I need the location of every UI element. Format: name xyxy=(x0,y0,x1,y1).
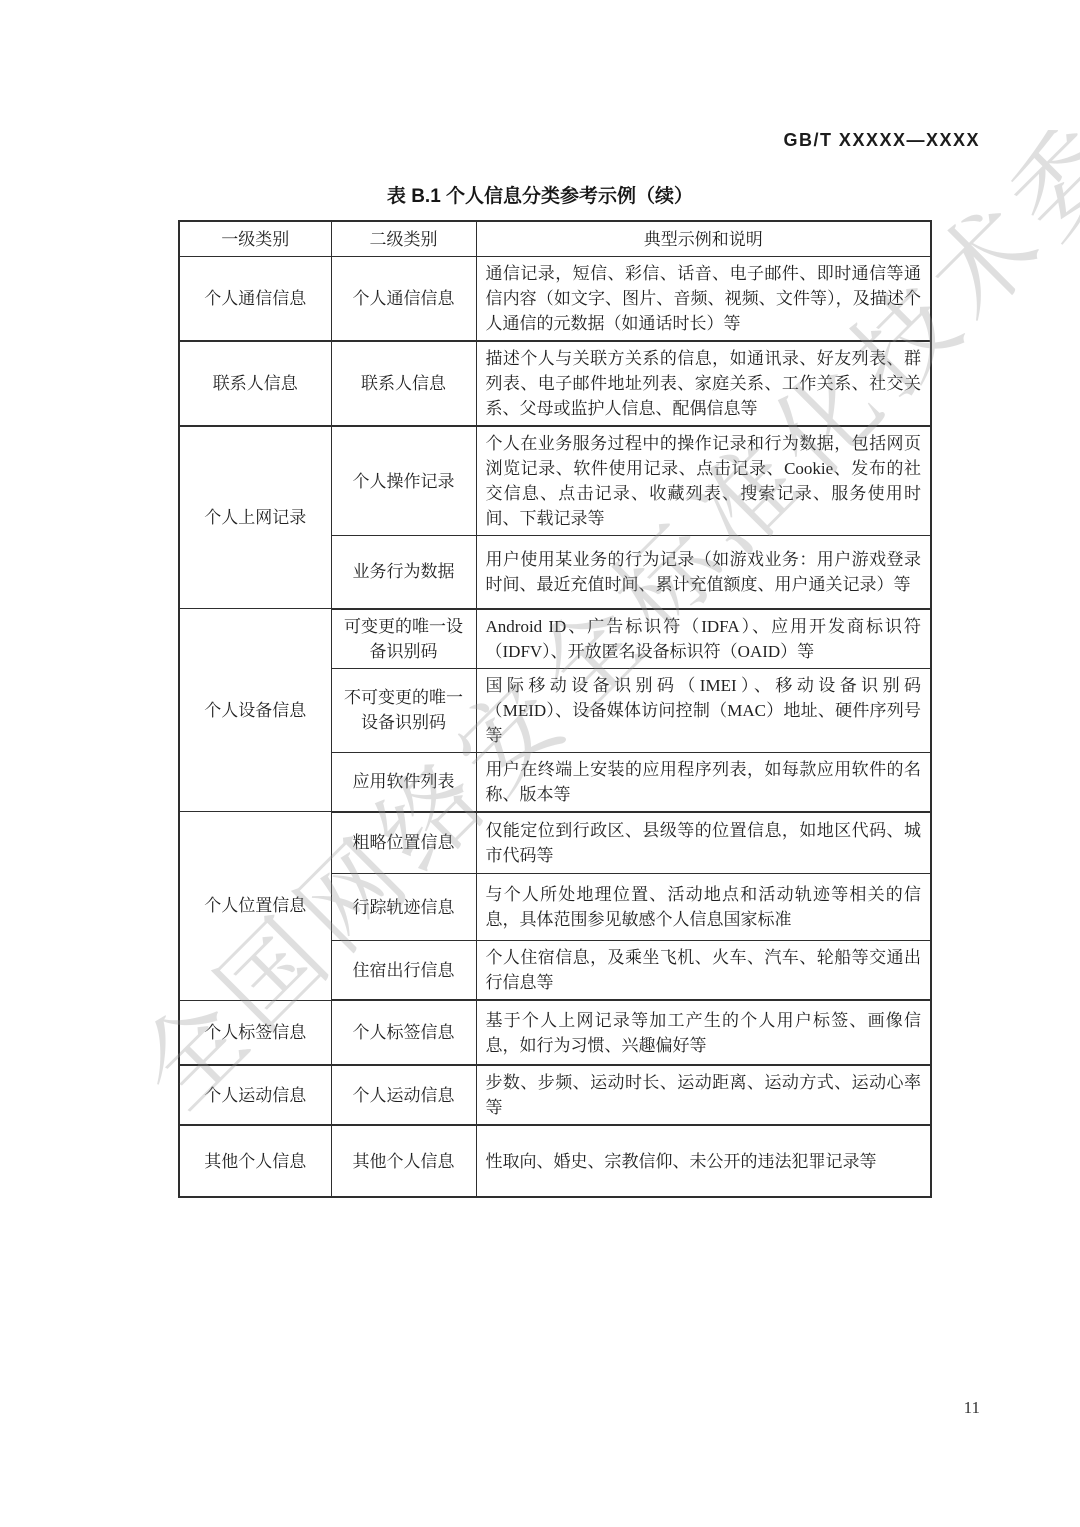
column-header-level2: 二级类别 xyxy=(331,221,476,257)
cell-desc: 仅能定位到行政区、县级等的位置信息，如地区代码、城市代码等 xyxy=(476,812,931,874)
table-row: 个人上网记录 个人操作记录 个人在业务服务过程中的操作记录和行为数据，包括网页浏… xyxy=(179,426,931,536)
cell-desc: 个人住宿信息，及乘坐飞机、火车、汽车、轮船等交通出行信息等 xyxy=(476,941,931,1001)
cell-desc: 个人在业务服务过程中的操作记录和行为数据，包括网页浏览记录、软件使用记录、点击记… xyxy=(476,426,931,536)
cell-level1: 个人运动信息 xyxy=(179,1065,331,1125)
standard-code: GB/T XXXXX—XXXX xyxy=(783,130,980,151)
cell-level2: 个人操作记录 xyxy=(331,426,476,536)
cell-level2: 业务行为数据 xyxy=(331,536,476,609)
cell-level1: 个人位置信息 xyxy=(179,812,331,1001)
cell-level2: 应用软件列表 xyxy=(331,752,476,812)
cell-desc: 用户使用某业务的行为记录（如游戏业务：用户游戏登录时间、最近充值时间、累计充值额… xyxy=(476,536,931,609)
cell-level2: 行踪轨迹信息 xyxy=(331,874,476,941)
cell-desc: 描述个人与关联方关系的信息，如通讯录、好友列表、群列表、电子邮件地址列表、家庭关… xyxy=(476,341,931,426)
cell-desc: 步数、步频、运动时长、运动距离、运动方式、运动心率等 xyxy=(476,1065,931,1125)
cell-desc: 基于个人上网记录等加工产生的个人用户标签、画像信息，如行为习惯、兴趣偏好等 xyxy=(476,1000,931,1065)
cell-level1: 个人标签信息 xyxy=(179,1000,331,1065)
column-header-examples: 典型示例和说明 xyxy=(476,221,931,257)
table-row: 个人标签信息 个人标签信息 基于个人上网记录等加工产生的个人用户标签、画像信息，… xyxy=(179,1000,931,1065)
cell-level2: 个人运动信息 xyxy=(331,1065,476,1125)
cell-level2: 联系人信息 xyxy=(331,341,476,426)
cell-level2: 个人通信信息 xyxy=(331,257,476,342)
cell-level2: 粗略位置信息 xyxy=(331,812,476,874)
table-header-row: 一级类别 二级类别 典型示例和说明 xyxy=(179,221,931,257)
document-page: GB/T XXXXX—XXXX 表 B.1 个人信息分类参考示例（续） 全国网络… xyxy=(0,0,1080,1527)
cell-desc: 与个人所处地理位置、活动地点和活动轨迹等相关的信息，具体范围参见敏感个人信息国家… xyxy=(476,874,931,941)
page-number: 11 xyxy=(964,1398,980,1418)
table-row: 联系人信息 联系人信息 描述个人与关联方关系的信息，如通讯录、好友列表、群列表、… xyxy=(179,341,931,426)
cell-level1: 个人通信信息 xyxy=(179,257,331,342)
table-row: 个人设备信息 可变更的唯一设备识别码 Android ID、广告标识符（IDFA… xyxy=(179,609,931,669)
table-title: 表 B.1 个人信息分类参考示例（续） xyxy=(0,181,1080,208)
table-row: 个人运动信息 个人运动信息 步数、步频、运动时长、运动距离、运动方式、运动心率等 xyxy=(179,1065,931,1125)
cell-level2: 个人标签信息 xyxy=(331,1000,476,1065)
column-header-level1: 一级类别 xyxy=(179,221,331,257)
cell-desc: 性取向、婚史、宗教信仰、未公开的违法犯罪记录等 xyxy=(476,1125,931,1197)
cell-level1: 个人设备信息 xyxy=(179,609,331,812)
cell-level1: 联系人信息 xyxy=(179,341,331,426)
cell-level1: 个人上网记录 xyxy=(179,426,331,609)
cell-desc: 通信记录，短信、彩信、话音、电子邮件、即时通信等通信内容（如文字、图片、音频、视… xyxy=(476,257,931,342)
cell-level2: 可变更的唯一设备识别码 xyxy=(331,609,476,669)
table-row: 个人位置信息 粗略位置信息 仅能定位到行政区、县级等的位置信息，如地区代码、城市… xyxy=(179,812,931,874)
cell-desc: 用户在终端上安装的应用程序列表，如每款应用软件的名称、版本等 xyxy=(476,752,931,812)
cell-level2: 不可变更的唯一设备识别码 xyxy=(331,668,476,752)
cell-level2: 住宿出行信息 xyxy=(331,941,476,1001)
cell-level2: 其他个人信息 xyxy=(331,1125,476,1197)
table-row: 其他个人信息 其他个人信息 性取向、婚史、宗教信仰、未公开的违法犯罪记录等 xyxy=(179,1125,931,1197)
personal-info-classification-table: 一级类别 二级类别 典型示例和说明 个人通信信息 个人通信信息 通信记录，短信、… xyxy=(178,220,932,1198)
cell-desc: 国际移动设备识别码（IMEI）、移动设备识别码（MEID）、设备媒体访问控制（M… xyxy=(476,668,931,752)
cell-level1: 其他个人信息 xyxy=(179,1125,331,1197)
cell-desc: Android ID、广告标识符（IDFA）、应用开发商标识符（IDFV）、开放… xyxy=(476,609,931,669)
table-row: 个人通信信息 个人通信信息 通信记录，短信、彩信、话音、电子邮件、即时通信等通信… xyxy=(179,257,931,342)
